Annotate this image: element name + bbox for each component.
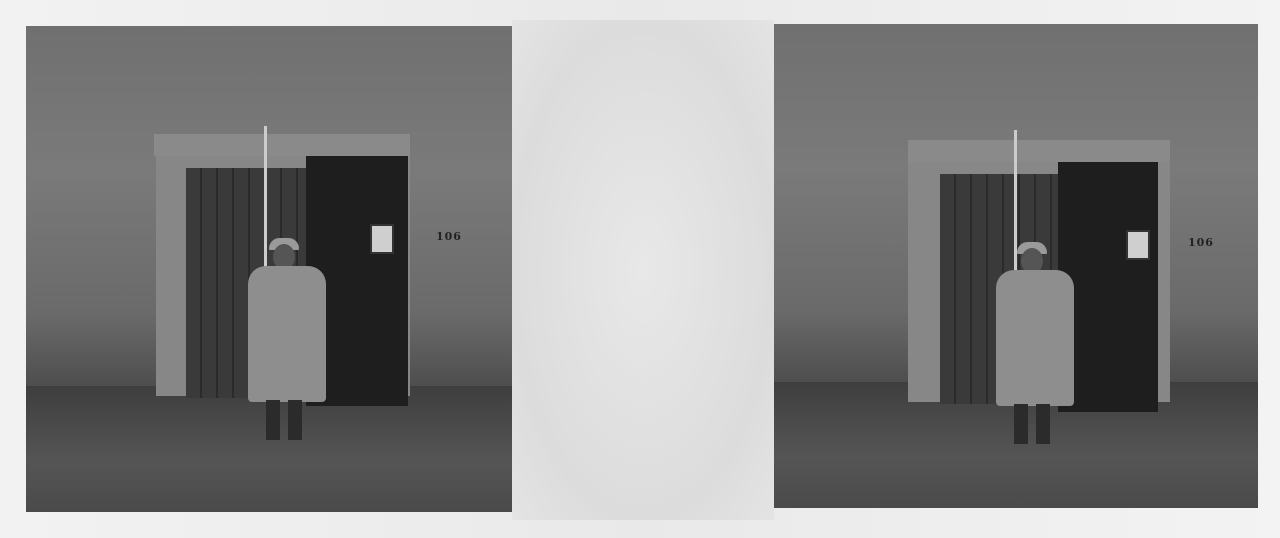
left-photo: 106 — [26, 26, 512, 512]
plate-gap — [512, 20, 774, 520]
house-number: 106 — [436, 230, 462, 243]
greatcoat — [996, 270, 1074, 406]
boot — [288, 400, 302, 440]
boot — [1014, 404, 1028, 444]
lintel — [154, 134, 410, 156]
boot — [266, 400, 280, 440]
boot — [1036, 404, 1050, 444]
house-number: 106 — [1188, 236, 1214, 249]
lintel — [908, 140, 1170, 162]
right-photo: 106 — [774, 24, 1258, 508]
greatcoat — [248, 266, 326, 402]
stereo-plate: 106 106 — [0, 0, 1280, 538]
back-window — [1126, 230, 1150, 260]
back-window — [370, 224, 394, 254]
